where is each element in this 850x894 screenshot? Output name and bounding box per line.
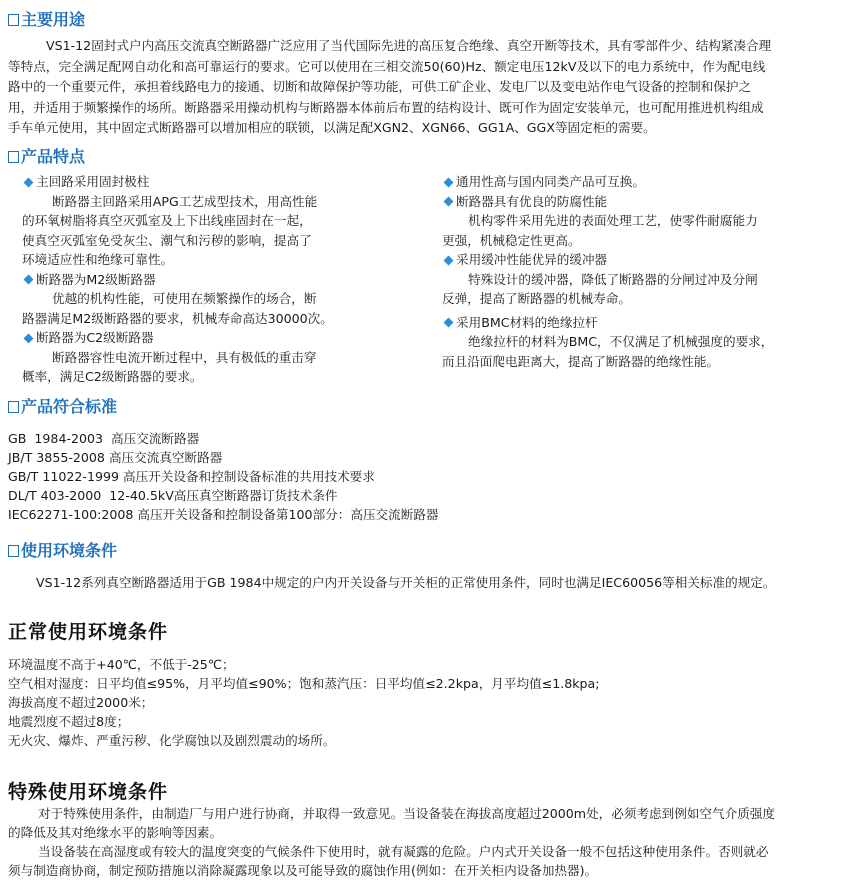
feature-heading-text: 断路器为M2级断路器	[36, 272, 156, 287]
feature-item: 通用性高与国内同类产品可互换。	[442, 172, 773, 192]
special-conditions-paragraph: 对于特殊使用条件，由制造厂与用户进行协商，并取得一致意见。当设备装在海拔高度超过…	[8, 804, 775, 880]
standard-item: GB 1984-2003 高压交流断路器	[8, 429, 439, 448]
condition-item: 海拔高度不超过2000米；	[8, 693, 600, 712]
diamond-bullet-icon	[444, 177, 454, 187]
feature-heading: 断路器具有优良的防腐性能	[442, 192, 773, 212]
section-title-standards: 产品符合标准	[8, 397, 117, 417]
feature-heading: 采用BMC材料的绝缘拉杆	[442, 313, 773, 333]
section-title-main-use: 主要用途	[8, 10, 85, 30]
section-title-text: 产品符合标准	[21, 397, 117, 416]
feature-heading: 断路器为C2级断路器	[22, 328, 333, 348]
diamond-bullet-icon	[24, 275, 34, 285]
environment-paragraph: VS1-12系列真空断路器适用于GB 1984中规定的户内开关设备与开关柜的正常…	[36, 573, 775, 594]
feature-heading-text: 断路器为C2级断路器	[36, 330, 154, 345]
checkbox-square-icon	[8, 401, 19, 413]
condition-item: 环境温度不高于+40℃，不低于-25℃；	[8, 655, 600, 674]
feature-item: 断路器为C2级断路器 断路器容性电流开断过程中，具有极低的重击穿 概率，满足C2…	[22, 328, 333, 387]
standard-item: IEC62271-100:2008 高压开关设备和控制设备第100部分：高压交流…	[8, 505, 439, 524]
checkbox-square-icon	[8, 545, 19, 557]
feature-heading-text: 通用性高与国内同类产品可互换。	[456, 174, 645, 189]
feature-item: 主回路采用固封极柱 断路器主回路采用APG工艺成型技术，用高性能 的环氧树脂将真…	[22, 172, 333, 270]
feature-heading-text: 采用BMC材料的绝缘拉杆	[456, 315, 598, 330]
feature-heading: 主回路采用固封极柱	[22, 172, 333, 192]
diamond-bullet-icon	[444, 197, 454, 207]
feature-line: 机构零件采用先进的表面处理工艺，使零件耐腐能力	[442, 211, 773, 231]
feature-line: 优越的机构性能，可使用在频繁操作的场合，断	[22, 289, 333, 309]
condition-item: 空气相对湿度：日平均值≤95%，月平均值≤90%；饱和蒸汽压：日平均值≤2.2k…	[8, 674, 600, 693]
paragraph-line: 的降低及其对绝缘水平的影响等因素。	[8, 823, 775, 842]
section-title-environment: 使用环境条件	[8, 541, 117, 561]
checkbox-square-icon	[8, 14, 19, 26]
feature-item: 断路器为M2级断路器 优越的机构性能，可使用在频繁操作的场合，断 路器满足M2级…	[22, 270, 333, 329]
main-use-paragraph: VS1-12固封式户内高压交流真空断路器广泛应用了当代国际先进的高压复合绝缘、真…	[8, 36, 771, 139]
paragraph-line: 对于特殊使用条件，由制造厂与用户进行协商，并取得一致意见。当设备装在海拔高度超过…	[8, 804, 775, 823]
feature-line: 特殊设计的缓冲器，降低了断路器的分闸过冲及分闸	[442, 270, 773, 290]
paragraph-line: 当设备装在高湿度或有较大的温度突变的气候条件下使用时，就有凝露的危险。户内式开关…	[8, 842, 775, 861]
paragraph-line: VS1-12固封式户内高压交流真空断路器广泛应用了当代国际先进的高压复合绝缘、真…	[8, 36, 771, 57]
feature-heading: 通用性高与国内同类产品可互换。	[442, 172, 773, 192]
feature-heading: 断路器为M2级断路器	[22, 270, 333, 290]
feature-line: 概率，满足C2级断路器的要求。	[22, 367, 333, 387]
feature-line: 而且沿面爬电距离大，提高了断路器的绝缘性能。	[442, 352, 773, 372]
checkbox-square-icon	[8, 151, 19, 163]
special-conditions-title: 特殊使用环境条件	[8, 777, 168, 804]
feature-line: 反弹，提高了断路器的机械寿命。	[442, 289, 773, 309]
feature-line: 更强，机械稳定性更高。	[442, 231, 773, 251]
standard-item: JB/T 3855-2008 高压交流真空断路器	[8, 448, 439, 467]
feature-line: 环境适应性和绝缘可靠性。	[22, 250, 333, 270]
features-right-column: 通用性高与国内同类产品可互换。 断路器具有优良的防腐性能 机构零件采用先进的表面…	[442, 172, 773, 371]
feature-heading-text: 断路器具有优良的防腐性能	[456, 194, 607, 209]
section-title-text: 产品特点	[21, 147, 85, 166]
feature-item: 断路器具有优良的防腐性能 机构零件采用先进的表面处理工艺，使零件耐腐能力 更强，…	[442, 192, 773, 251]
feature-heading: 采用缓冲性能优异的缓冲器	[442, 250, 773, 270]
paragraph-line: 等特点，完全满足配网自动化和高可靠运行的要求。它可以使用在三相交流50(60)H…	[8, 57, 771, 78]
section-title-features: 产品特点	[8, 147, 85, 167]
feature-line: 的环氧树脂将真空灭弧室及上下出线座固封在一起，	[22, 211, 333, 231]
paragraph-line: VS1-12系列真空断路器适用于GB 1984中规定的户内开关设备与开关柜的正常…	[36, 573, 775, 594]
paragraph-line: 须与制造商协商，制定预防措施以消除凝露现象以及可能导致的腐蚀作用(例如：在开关柜…	[8, 861, 775, 880]
feature-line: 断路器容性电流开断过程中，具有极低的重击穿	[22, 348, 333, 368]
paragraph-line: 手车单元使用，其中固定式断路器可以增加相应的联锁，以满足配XGN2、XGN66、…	[8, 118, 771, 139]
section-title-text: 使用环境条件	[21, 541, 117, 560]
diamond-bullet-icon	[24, 177, 34, 187]
diamond-bullet-icon	[24, 333, 34, 343]
feature-line: 断路器主回路采用APG工艺成型技术，用高性能	[22, 192, 333, 212]
standard-item: GB/T 11022-1999 高压开关设备和控制设备标准的共用技术要求	[8, 467, 439, 486]
feature-line: 绝缘拉杆的材料为BMC，不仅满足了机械强度的要求，	[442, 332, 773, 352]
feature-heading-text: 主回路采用固封极柱	[36, 174, 149, 189]
standard-item: DL/T 403-2000 12-40.5kV高压真空断路器订货技术条件	[8, 486, 439, 505]
normal-conditions-list: 环境温度不高于+40℃，不低于-25℃； 空气相对湿度：日平均值≤95%，月平均…	[8, 655, 600, 750]
feature-item: 采用缓冲性能优异的缓冲器 特殊设计的缓冲器，降低了断路器的分闸过冲及分闸 反弹，…	[442, 250, 773, 309]
standards-list: GB 1984-2003 高压交流断路器 JB/T 3855-2008 高压交流…	[8, 429, 439, 524]
normal-conditions-title: 正常使用环境条件	[8, 617, 168, 644]
feature-item: 采用BMC材料的绝缘拉杆 绝缘拉杆的材料为BMC，不仅满足了机械强度的要求， 而…	[442, 313, 773, 372]
feature-heading-text: 采用缓冲性能优异的缓冲器	[456, 252, 607, 267]
condition-item: 无火灾、爆炸、严重污秽、化学腐蚀以及剧烈震动的场所。	[8, 731, 600, 750]
features-left-column: 主回路采用固封极柱 断路器主回路采用APG工艺成型技术，用高性能 的环氧树脂将真…	[22, 172, 333, 387]
feature-line: 使真空灭弧室免受灰尘、潮气和污秽的影响，提高了	[22, 231, 333, 251]
diamond-bullet-icon	[444, 318, 454, 328]
paragraph-line: 用，并适用于频繁操作的场所。断路器采用操动机构与断路器本体前后布置的结构设计、既…	[8, 98, 771, 119]
section-title-text: 主要用途	[21, 10, 85, 29]
feature-line: 路器满足M2级断路器的要求，机械寿命高达30000次。	[22, 309, 333, 329]
diamond-bullet-icon	[444, 255, 454, 265]
condition-item: 地震烈度不超过8度；	[8, 712, 600, 731]
paragraph-line: 路中的一个重要元件，承担着线路电力的接通、切断和故障保护等功能，可供工矿企业、发…	[8, 77, 771, 98]
